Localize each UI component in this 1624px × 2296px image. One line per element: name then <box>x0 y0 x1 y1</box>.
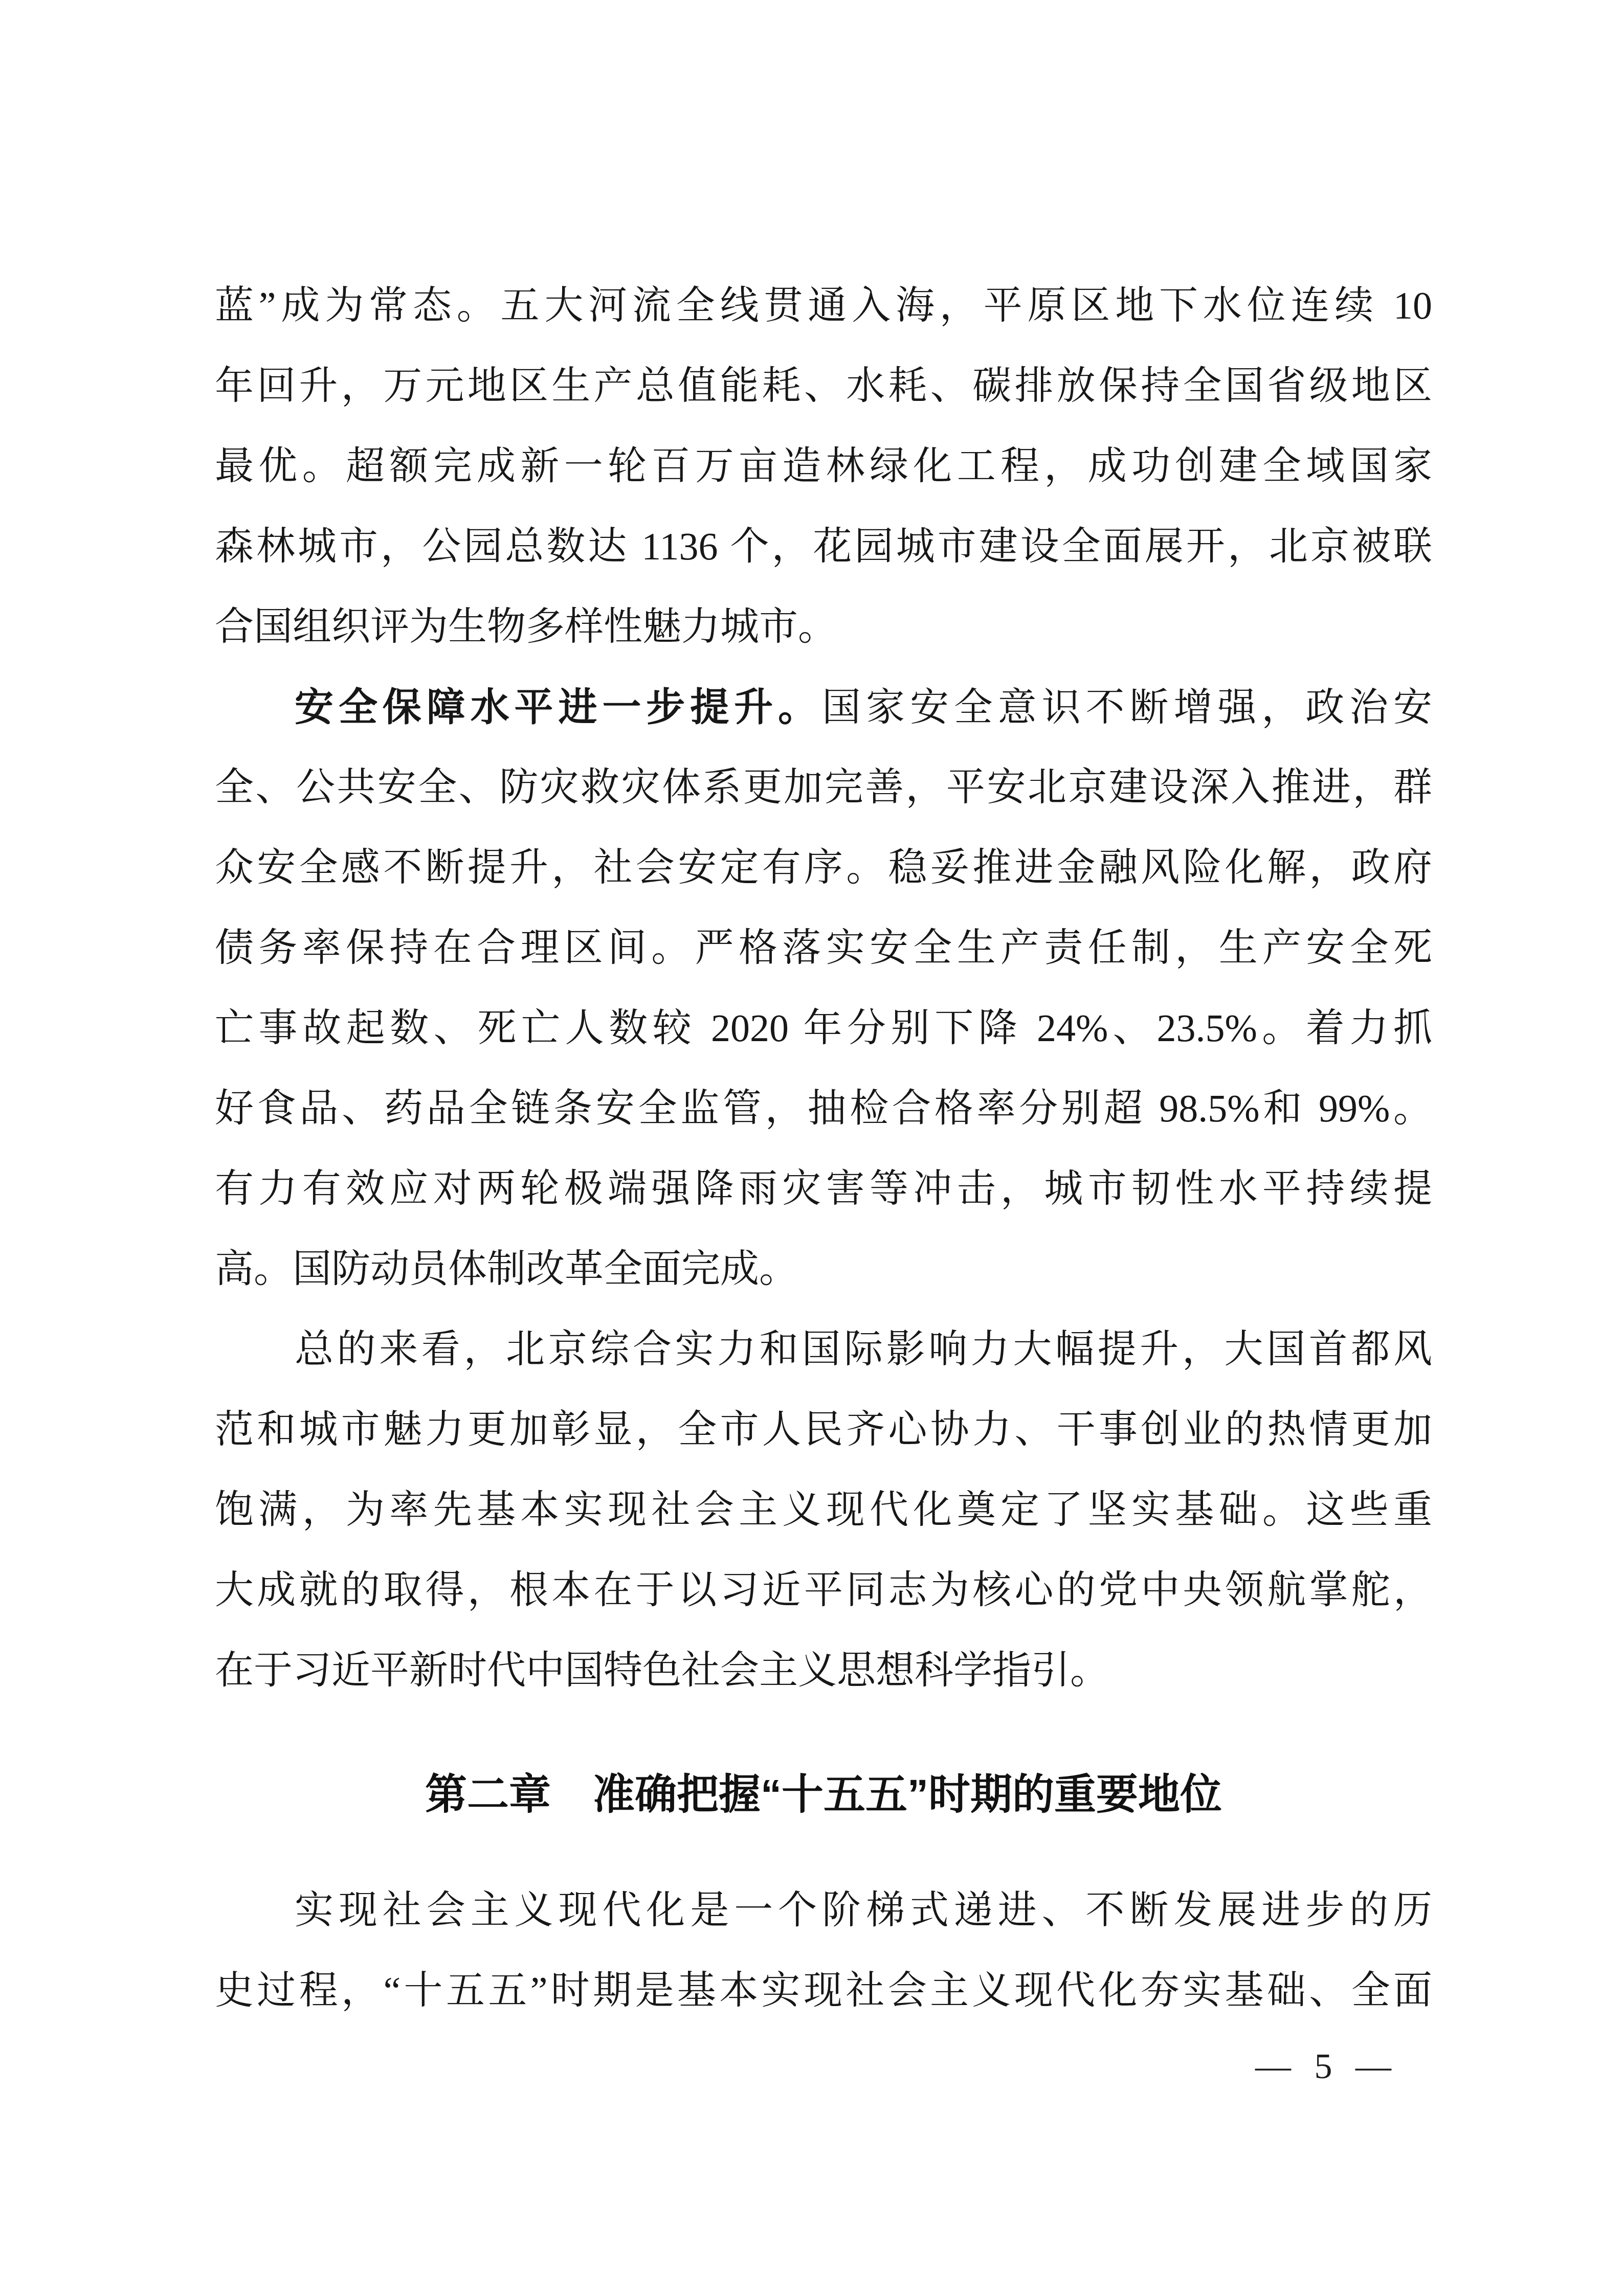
text-line: 全、公共安全、防灾救灾体系更加完善，平安北京建设深入推进，群 <box>215 748 1432 828</box>
text-line: 高。国防动员体制改革全面完成。 <box>215 1229 1432 1310</box>
text-line: 合国组织评为生物多样性魅力城市。 <box>215 587 1432 667</box>
text-line: 最优。超额完成新一轮百万亩造林绿化工程，成功创建全域国家 <box>215 426 1432 507</box>
text-line: 亡事故起数、死亡人数较 2020 年分别下降 24%、23.5%。着力抓 <box>215 988 1432 1069</box>
text-line: 有力有效应对两轮极端强降雨灾害等冲击，城市韧性水平持续提 <box>215 1149 1432 1229</box>
text-line: 在于习近平新时代中国特色社会主义思想科学指引。 <box>215 1631 1432 1711</box>
text-line: 实现社会主义现代化是一个阶梯式递进、不断发展进步的历 <box>215 1871 1432 1951</box>
document-page: 蓝”成为常态。五大河流全线贯通入海，平原区地下水位连续 10 年回升，万元地区生… <box>0 0 1624 2296</box>
chapter-heading: 第二章 准确把握“十五五”时期的重要地位 <box>215 1754 1432 1835</box>
text-line: 好食品、药品全链条安全监管，抽检合格率分别超 98.5%和 99%。 <box>215 1069 1432 1149</box>
text-line: 众安全感不断提升，社会安定有序。稳妥推进金融风险化解，政府 <box>215 828 1432 908</box>
document-body: 蓝”成为常态。五大河流全线贯通入海，平原区地下水位连续 10 年回升，万元地区生… <box>215 266 1432 2031</box>
text-line: 饱满，为率先基本实现社会主义现代化奠定了坚实基础。这些重 <box>215 1470 1432 1550</box>
paragraph-lead-bold: 安全保障水平进一步提升。 <box>295 686 822 729</box>
text-line: 史过程，“十五五”时期是基本实现社会主义现代化夯实基础、全面 <box>215 1951 1432 2031</box>
page-number: — 5 — <box>1255 2046 1391 2087</box>
paragraph-lead-rest: 国家安全意识不断增强，政治安 <box>822 686 1432 729</box>
text-line: 安全保障水平进一步提升。国家安全意识不断增强，政治安 <box>215 667 1432 748</box>
text-line: 大成就的取得，根本在于以习近平同志为核心的党中央领航掌舵， <box>215 1550 1432 1631</box>
text-line: 蓝”成为常态。五大河流全线贯通入海，平原区地下水位连续 10 <box>215 266 1432 346</box>
text-line: 年回升，万元地区生产总值能耗、水耗、碳排放保持全国省级地区 <box>215 346 1432 426</box>
text-line: 范和城市魅力更加彰显，全市人民齐心协力、干事创业的热情更加 <box>215 1390 1432 1470</box>
text-line: 森林城市，公园总数达 1136 个，花园城市建设全面展开，北京被联 <box>215 507 1432 587</box>
text-line: 总的来看，北京综合实力和国际影响力大幅提升，大国首都风 <box>215 1310 1432 1390</box>
text-line: 债务率保持在合理区间。严格落实安全生产责任制，生产安全死 <box>215 908 1432 988</box>
